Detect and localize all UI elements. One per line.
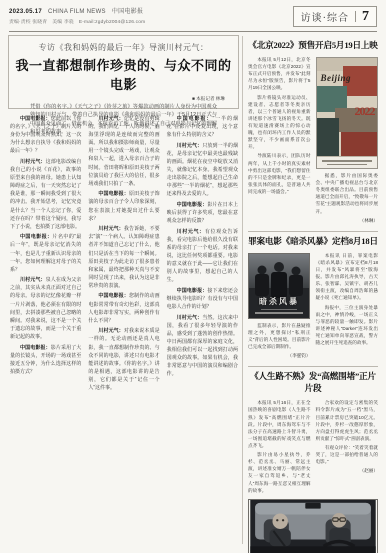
interview-paragraph: 中国电影报：影片采用了大量的长镜头，开场的一场戏甚至接近五分钟，为什么选择这样的… — [10, 344, 81, 376]
article-beijing2022-headline: 《北京2022》预售开启5月19日上映 — [248, 39, 378, 51]
article-beijing2022-col1: 本报讯 5月12日，北京冬奥会官方电影《北京2022》宣布正式开启预售，并发布“… — [248, 56, 311, 226]
right-column: 《北京2022》预售开启5月19日上映 本报讯 5月12日，北京冬奥会官方电影《… — [248, 36, 378, 553]
speaker-lead: 中国电影报： — [177, 116, 213, 122]
article-paragraph: 导演陆川表示，团队历时两年，从上千小时的真实素材中剪出这部电影，“我们想留住的不… — [248, 152, 311, 195]
section-page-box: 访谈·综合 7 — [293, 6, 377, 27]
speaker-lead: 川村元气： — [98, 116, 124, 122]
interview-paragraph: 中国电影报：您此前以《你的名字。》《天气之子》制片人的身份为中国观众所熟知，这一… — [10, 115, 81, 155]
article-paragraph: 本报讯 5月16日，正在全国热映的喜剧电影《人生路不熟》发布“高燃围堵”正片片段… — [248, 399, 311, 449]
article-anshafengbao-headline: 罪案电影《暗杀风暴》定档8月18日 — [248, 235, 378, 247]
article-anshafengbao-col1: 暗杀风暴 监制表示，影片在悬疑推理之外，更想探讨“私刑正义”背后的人性困境。目前… — [248, 252, 311, 362]
poster-collage-patch — [317, 118, 339, 156]
issue-date: 2023.05.17 — [9, 9, 42, 15]
speaker-lead: 中国电影报： — [98, 293, 129, 299]
poster-credits-strip — [317, 156, 377, 168]
speaker-lead: 中国电影报： — [98, 191, 129, 197]
article-anshafengbao-col2: 本报讯 日前，罪案电影《暗杀风暴》宣布定档8月18日，并发布“风暴将至”版海报。… — [316, 252, 379, 362]
section-divider — [355, 11, 356, 22]
article-renshenglubushu-col1: 本报讯 5月16日，正在全国热映的喜剧电影《人生路不熟》发布“高燃围堵”正片片段… — [248, 399, 311, 495]
article-renshenglubushu-headline: 《人生路不熟》发“高燃围堵”正片片段 — [248, 370, 378, 394]
interview-paragraph: 川村元气：对我来说本质是一样的。无论动画还是真人电影，我一直都想制作珍贵的、与众… — [88, 327, 159, 392]
interview-paragraph: 中国电影报：“一半的烟花”在影片中反复出现，这个意象有什么特别的含义？ — [167, 115, 238, 139]
speaker-lead: 川村元气： — [98, 328, 124, 334]
article-paragraph: 监制表示，影片在悬疑推理之外，更想探讨“私刑正义”背后的人性困境。目前影片已完成… — [248, 322, 311, 350]
interview-paragraph: 中国电影报：影片在日本上映后获得了许多奖项，您最在意观众怎样的反馈？ — [167, 201, 238, 225]
paragraph-text: 当然。这次来中国，我看了很多年轻导演的作品，感受到了蓬勃的创作热情。中日两国都有… — [167, 315, 238, 378]
article-paragraph: 海报中，三位主演身处暴雨之中，神情冷峻，一场正义与罪恶的较量一触即发。影片讲述神… — [316, 304, 379, 347]
interview-headline-box: 专访《我和妈妈的最后一年》导演川村元气： 我一直都想制作珍贵的、与众不同的电影 … — [8, 35, 239, 109]
interview-byline: ■ 本报记者 林琳 — [9, 96, 225, 102]
speaker-lead: 中国电影报： — [20, 116, 51, 122]
article-separator — [248, 366, 378, 367]
poster-credit-bar — [322, 160, 372, 162]
car-scene-photo — [248, 499, 378, 553]
poster-title-script: Beijing — [321, 72, 352, 86]
article-paragraph: 据悉，影片由国际奥委会、中央广播电视总台与北京冬奥组委联合出品。目前预售通道已全… — [316, 172, 379, 215]
paragraph-text: 对我来说本质是一样的。无论动画还是真人电影，我一直都想制作珍贵的、与众不同的电影… — [88, 328, 159, 391]
article-anshafengbao: 罪案电影《暗杀风暴》定档8月18日 暗杀风暴 — [248, 235, 378, 362]
speaker-lead: 川村元气： — [177, 315, 203, 321]
article-renshenglubushu-col2-text: 合家欢的设定与密集的笑料令影片成为“五一档”黑马，目前累计票房已突破10亿元。片… — [316, 399, 379, 465]
article-beijing2022: 《北京2022》预售开启5月19日上映 本报讯 5月12日，北京冬奥会官方电影《… — [248, 39, 378, 226]
poster-credit-bar — [327, 164, 367, 166]
poster-year-text: 2022 — [355, 102, 375, 121]
anshafengbao-poster-image: 暗杀风暴 — [248, 253, 310, 319]
article-anshafengbao-attribution: （李霆钧） — [248, 352, 311, 359]
paragraph-text: 这部电影改编自我自己的小说《百花》，故事的原型来自我的祖母。她患上认知障碍症之后… — [10, 159, 81, 230]
poster-title-text: 暗杀风暴 — [249, 296, 309, 308]
paragraph-text: 泉人在成为父亲之前，其实从未真正面对过自己的母亲。母亲的记忆像花瓣一样一片片剥落… — [10, 277, 81, 340]
paragraph-text: 记忆是没有剪辑的。我们回忆一个人的时候，脑海里浮现的是连续而完整的画面。所以我和… — [88, 116, 159, 187]
article-renshenglubushu-col2: 合家欢的设定与密集的笑料令影片成为“五一档”黑马，目前累计票房已突破10亿元。片… — [316, 399, 379, 495]
speaker-lead: 川村元气： — [20, 277, 46, 283]
interview-paragraph: 中国电影报：原田美枝子饰演的母亲百合子令人印象深刻，您在表演上对她提出过什么要求… — [88, 190, 159, 222]
article-paragraph: 本报讯 日前，罪案电影《暗杀风暴》宣布定档8月18日，并发布“风暴将至”版海报。… — [316, 252, 379, 302]
masthead-chinese: 中国电影报 — [112, 9, 144, 15]
article-paragraph: 影片将镜头对准运动员、建设者、志愿者等冬奥亲历者，以三个普通人的视角重新讲述那个… — [248, 94, 311, 151]
speaker-lead: 中国电影报： — [177, 202, 208, 208]
interview-paragraph: 川村元气：泉人在成为父亲之前，其实从未真正面对过自己的母亲。母亲的记忆像花瓣一样… — [10, 276, 81, 341]
page-header: 2023.05.17 CHINA FILM NEWS 中国电影报 责编·责校 张… — [9, 6, 377, 30]
article-renshenglubushu-attribution: （赵丽） — [316, 467, 379, 474]
masthead-english: CHINA FILM NEWS — [48, 9, 106, 15]
speaker-lead: 中国电影报： — [177, 288, 208, 294]
paragraph-text: 只放到一半的烟花，是母亲记忆中最美也最残缺的画面。烟花在夜空中绽放又消失，就像记… — [167, 143, 238, 198]
article-paragraph: 影片由易小星执导，乔杉、范丞丞、马丽、常远主演，讲述准女婿万一帆陪伴女友一家自驾… — [248, 451, 311, 494]
column-divider — [242, 36, 243, 544]
interview-paragraph: 川村元气：当然。这次来中国，我看了很多年轻导演的作品，感受到了蓬勃的创作热情。中… — [167, 314, 238, 379]
interview-body: 中国电影报：您此前以《你的名字。》《天气之子》制片人的身份为中国观众所熟知，这一… — [10, 115, 238, 541]
paragraph-text: 我告诉她，不要去“演”一个病人。认知障碍症患者并不知道自己忘记了什么，他们只是活… — [88, 226, 159, 289]
poster-credit-bar — [261, 309, 297, 311]
article-separator — [248, 231, 378, 232]
newspaper-page: 2023.05.17 CHINA FILM NEWS 中国电影报 责编·责校 张… — [0, 0, 386, 553]
interview-paragraph: 川村元气：我告诉她，不要去“演”一个病人。认知障碍症患者并不知道自己忘记了什么，… — [88, 225, 159, 290]
speaker-lead: 中国电影报： — [20, 234, 53, 240]
speaker-lead: 中国电影报： — [20, 345, 51, 351]
article-beijing2022-col2: Beijing 2022 据悉，影片由国际奥委会、中央广播电视总台与北京冬奥组委… — [316, 56, 379, 226]
interview-headline: 我一直都想制作珍贵的、与众不同的电影 — [9, 55, 238, 93]
article-beijing2022-col2-text: 据悉，影片由国际奥委会、中央广播电视总台与北京冬奥组委联合出品。目前预售通道已全… — [316, 172, 379, 215]
article-beijing2022-attribution: （林琳） — [316, 217, 379, 224]
interview-paragraph: 中国电影报：您制作的动画电影常常带有奇幻色彩，这部真人电影却非常写实，两种创作有… — [88, 292, 159, 324]
article-paragraph: 有观众评价：“笑着笑着就哭了，这是一部拍给普通人的电影。” — [316, 444, 379, 465]
poster-collage-patch — [341, 132, 377, 156]
speaker-lead: 川村元气： — [177, 143, 203, 149]
interview-paragraph: 中国电影报：接下来您还会继续执导电影吗？有没有与中国电影人合作的计划？ — [167, 287, 238, 311]
article-renshenglubushu: 《人生路不熟》发“高燃围堵”正片片段 本报讯 5月16日，正在全国热映的喜剧电影… — [248, 370, 378, 553]
interview-paragraph: 川村元气：有位观众告诉我，看完电影后他给很久没有联系的母亲打了一个电话。对我来说… — [167, 228, 238, 285]
speaker-lead: 川村元气： — [177, 229, 205, 235]
interview-paragraph: 川村元气：这部电影改编自我自己的小说《百花》，故事的原型来自我的祖母。她患上认知… — [10, 158, 81, 231]
interview-paragraph: 川村元气：记忆是没有剪辑的。我们回忆一个人的时候，脑海里浮现的是连续而完整的画面… — [88, 115, 159, 188]
interview-paragraph: 川村元气：只放到一半的烟花，是母亲记忆中最美也最残缺的画面。烟花在夜空中绽放又消… — [167, 142, 238, 199]
section-name: 访谈·综合 — [301, 9, 349, 24]
article-anshafengbao-col1-text: 监制表示，影片在悬疑推理之外，更想探讨“私刑正义”背后的人性困境。目前影片已完成… — [248, 322, 311, 350]
speaker-lead: 川村元气： — [20, 159, 46, 165]
beijing2022-poster-image: Beijing 2022 — [316, 57, 378, 169]
paragraph-text: 有位观众告诉我，看完电影后他给很久没有联系的母亲打了一个电话。对我来说，这比任何… — [167, 229, 238, 284]
poster-credit-bar — [255, 312, 303, 314]
speaker-lead: 川村元气： — [98, 226, 124, 232]
article-paragraph: 合家欢的设定与密集的笑料令影片成为“五一档”黑马，目前累计票房已突破10亿元。片… — [316, 399, 379, 442]
page-number: 7 — [362, 9, 369, 25]
interview-kicker: 专访《我和妈妈的最后一年》导演川村元气： — [9, 42, 238, 53]
article-paragraph: 本报讯 5月12日，北京冬奥会官方电影《北京2022》宣布正式开启预售，并发布“… — [248, 56, 311, 92]
header-rule — [9, 31, 377, 32]
interview-paragraph: 中国电影报：片名中的“最后一年”，既是母亲记忆消失的一年，也是儿子重新认识母亲的… — [10, 233, 81, 273]
